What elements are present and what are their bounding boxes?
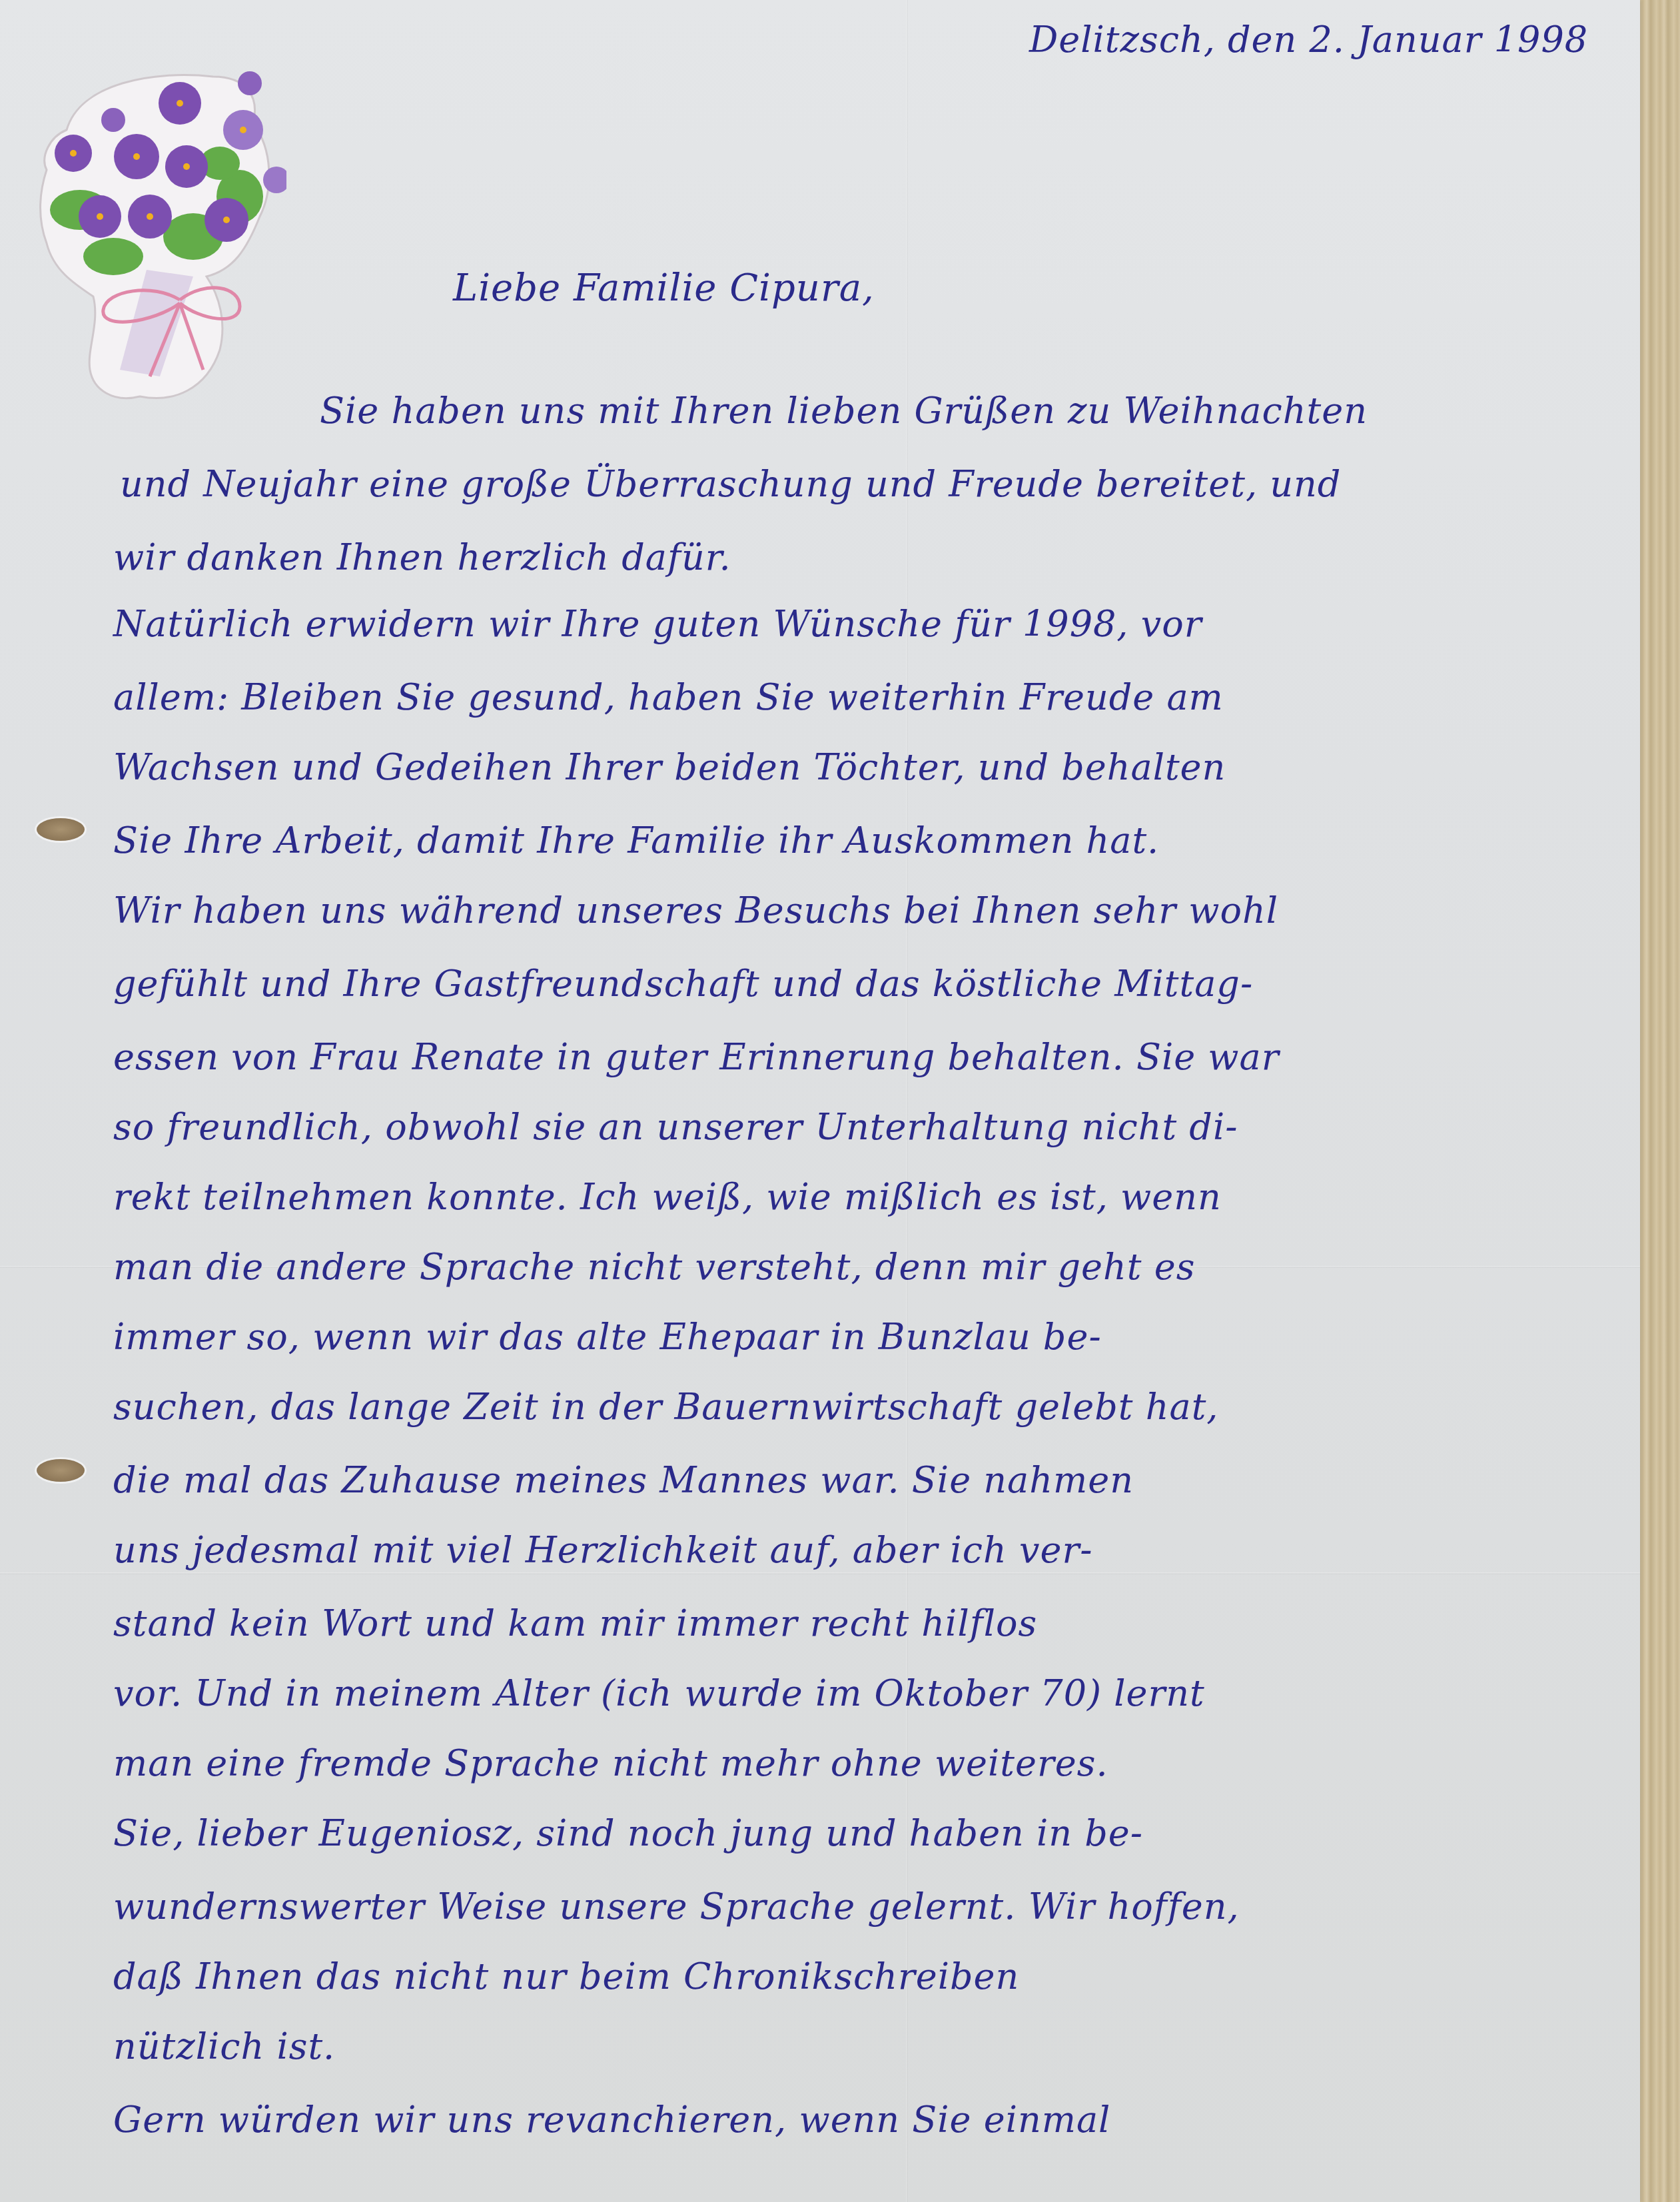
letter-line: stand kein Wort und kam mir immer recht … xyxy=(113,1602,1037,1644)
letter-line: man eine fremde Sprache nicht mehr ohne … xyxy=(113,1742,1108,1784)
letter-line: Sie haben uns mit Ihren lieben Grüßen zu… xyxy=(320,390,1368,432)
letter-line: Wir haben uns während unseres Besuchs be… xyxy=(113,889,1278,931)
letter-line: die mal das Zuhause meines Mannes war. S… xyxy=(113,1459,1134,1501)
letter-line: Gern würden wir uns revanchieren, wenn S… xyxy=(113,2099,1110,2141)
letter-line: wir danken Ihnen herzlich dafür. xyxy=(113,536,731,578)
letter-line: Sie, lieber Eugeniosz, sind noch jung un… xyxy=(113,1812,1143,1854)
letter-line: uns jedesmal mit viel Herzlichkeit auf, … xyxy=(113,1529,1092,1571)
letter-line: Wachsen und Gedeihen Ihrer beiden Töchte… xyxy=(113,746,1226,788)
letter-line: wundernswerter Weise unsere Sprache gele… xyxy=(113,1886,1240,1927)
letter-line: und Neujahr eine große Überraschung und … xyxy=(120,463,1341,505)
letter-paper: Delitzsch, den 2. Januar 1998 Liebe Fami… xyxy=(0,0,1640,2202)
wooden-surface xyxy=(1639,0,1680,2202)
paper-fold-horizontal xyxy=(0,1572,1640,1574)
violet-bouquet-sticker-icon xyxy=(20,57,286,416)
letter-date: Delitzsch, den 2. Januar 1998 xyxy=(1029,19,1588,61)
letter-line: essen von Frau Renate in guter Erinnerun… xyxy=(113,1036,1280,1078)
letter-line: immer so, wenn wir das alte Ehepaar in B… xyxy=(113,1316,1102,1358)
paper-fold-vertical xyxy=(906,0,908,2202)
letter-line: nützlich ist. xyxy=(113,2025,335,2067)
letter-line: Natürlich erwidern wir Ihre guten Wünsch… xyxy=(113,603,1202,645)
letter-line: allem: Bleiben Sie gesund, haben Sie wei… xyxy=(113,676,1224,718)
letter-line: vor. Und in meinem Alter (ich wurde im O… xyxy=(113,1672,1205,1714)
punch-hole-icon xyxy=(37,818,85,841)
punch-hole-icon xyxy=(37,1459,85,1482)
letter-line: man die andere Sprache nicht versteht, d… xyxy=(113,1246,1195,1288)
letter-line: Sie Ihre Arbeit, damit Ihre Familie ihr … xyxy=(113,820,1159,861)
letter-line: so freundlich, obwohl sie an unserer Unt… xyxy=(113,1106,1238,1148)
letter-line: gefühlt und Ihre Gastfreundschaft und da… xyxy=(113,963,1253,1005)
letter-line: daß Ihnen das nicht nur beim Chronikschr… xyxy=(113,1955,1019,1997)
letter-line: suchen, das lange Zeit in der Bauernwirt… xyxy=(113,1386,1219,1428)
letter-salutation: Liebe Familie Cipura, xyxy=(453,267,875,310)
letter-line: rekt teilnehmen konnte. Ich weiß, wie mi… xyxy=(113,1176,1222,1218)
